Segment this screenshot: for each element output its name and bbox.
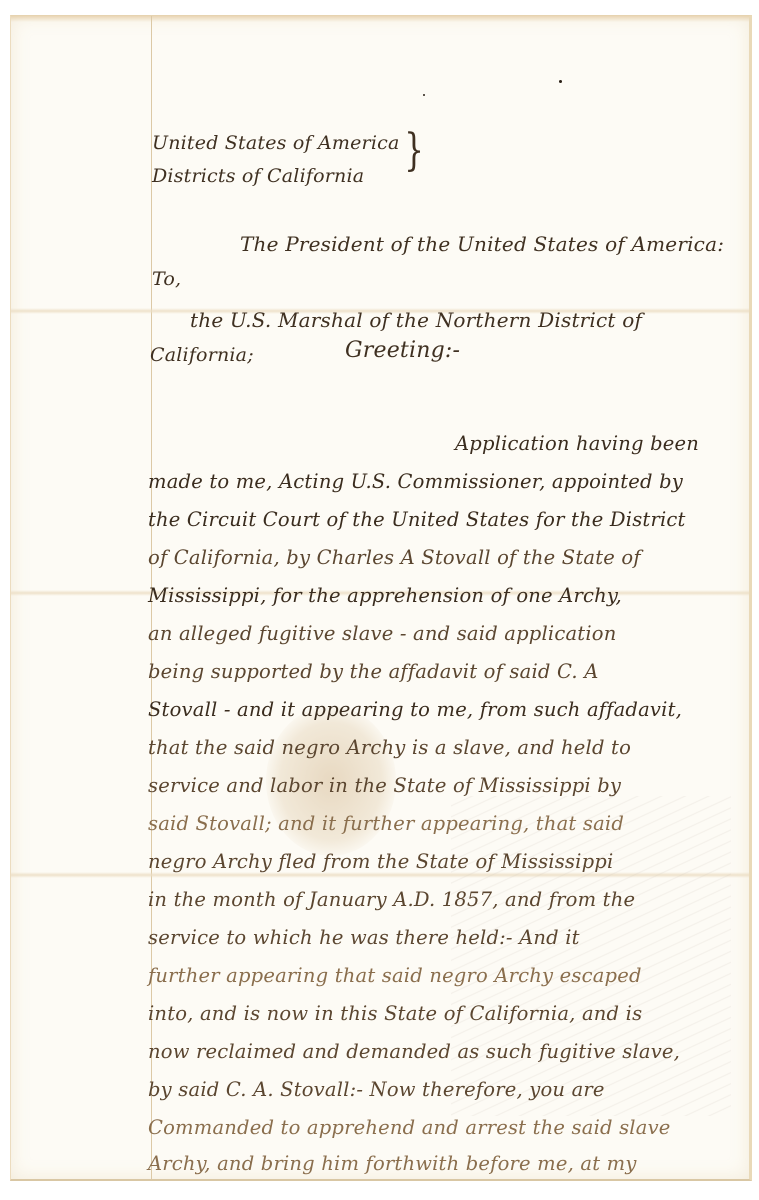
body-line: service to which he was there held:- And… — [148, 926, 580, 949]
body-line: in the month of January A.D. 1857, and f… — [148, 888, 635, 911]
body-line: Archy, and bring him forthwith before me… — [148, 1152, 637, 1175]
caption-line-2: Districts of California — [152, 165, 364, 187]
body-line: Commanded to apprehend and arrest the sa… — [148, 1116, 671, 1139]
body-line: that the said negro Archy is a slave, an… — [148, 736, 631, 759]
body-line: of California, by Charles A Stovall of t… — [148, 546, 641, 569]
caption-brace: } — [404, 125, 424, 176]
body-line: being supported by the affadavit of said… — [148, 660, 598, 683]
addressee-line-2: California; — [150, 344, 254, 366]
ink-speck — [559, 80, 562, 83]
ink-speck — [423, 94, 425, 96]
body-line: Stovall - and it appearing to me, from s… — [148, 698, 682, 721]
addressee-line-1: the U.S. Marshal of the Northern Distric… — [190, 308, 642, 332]
body-line: Mississippi, for the apprehension of one… — [148, 584, 622, 607]
body-line: further appearing that said negro Archy … — [148, 964, 642, 987]
body-line: Application having been — [455, 432, 699, 455]
body-line: an alleged fugitive slave - and said app… — [148, 622, 616, 645]
body-line: service and labor in the State of Missis… — [148, 774, 621, 797]
body-line: into, and is now in this State of Califo… — [148, 1002, 642, 1025]
body-line: the Circuit Court of the United States f… — [148, 508, 686, 531]
greeting: Greeting:- — [345, 338, 460, 363]
issuer-line: The President of the United States of Am… — [240, 232, 724, 256]
body-line: said Stovall; and it further appearing, … — [148, 812, 624, 835]
to-line: To, — [152, 268, 181, 290]
ink-offset-marks — [451, 796, 731, 1116]
body-line: now reclaimed and demanded as such fugit… — [148, 1040, 680, 1063]
caption-line-1: United States of America — [152, 132, 399, 154]
body-line: negro Archy fled from the State of Missi… — [148, 850, 613, 873]
body-line: by said C. A. Stovall:- Now therefore, y… — [148, 1078, 605, 1101]
body-line: made to me, Acting U.S. Commissioner, ap… — [148, 470, 683, 493]
paper-edge-stain — [11, 16, 749, 22]
